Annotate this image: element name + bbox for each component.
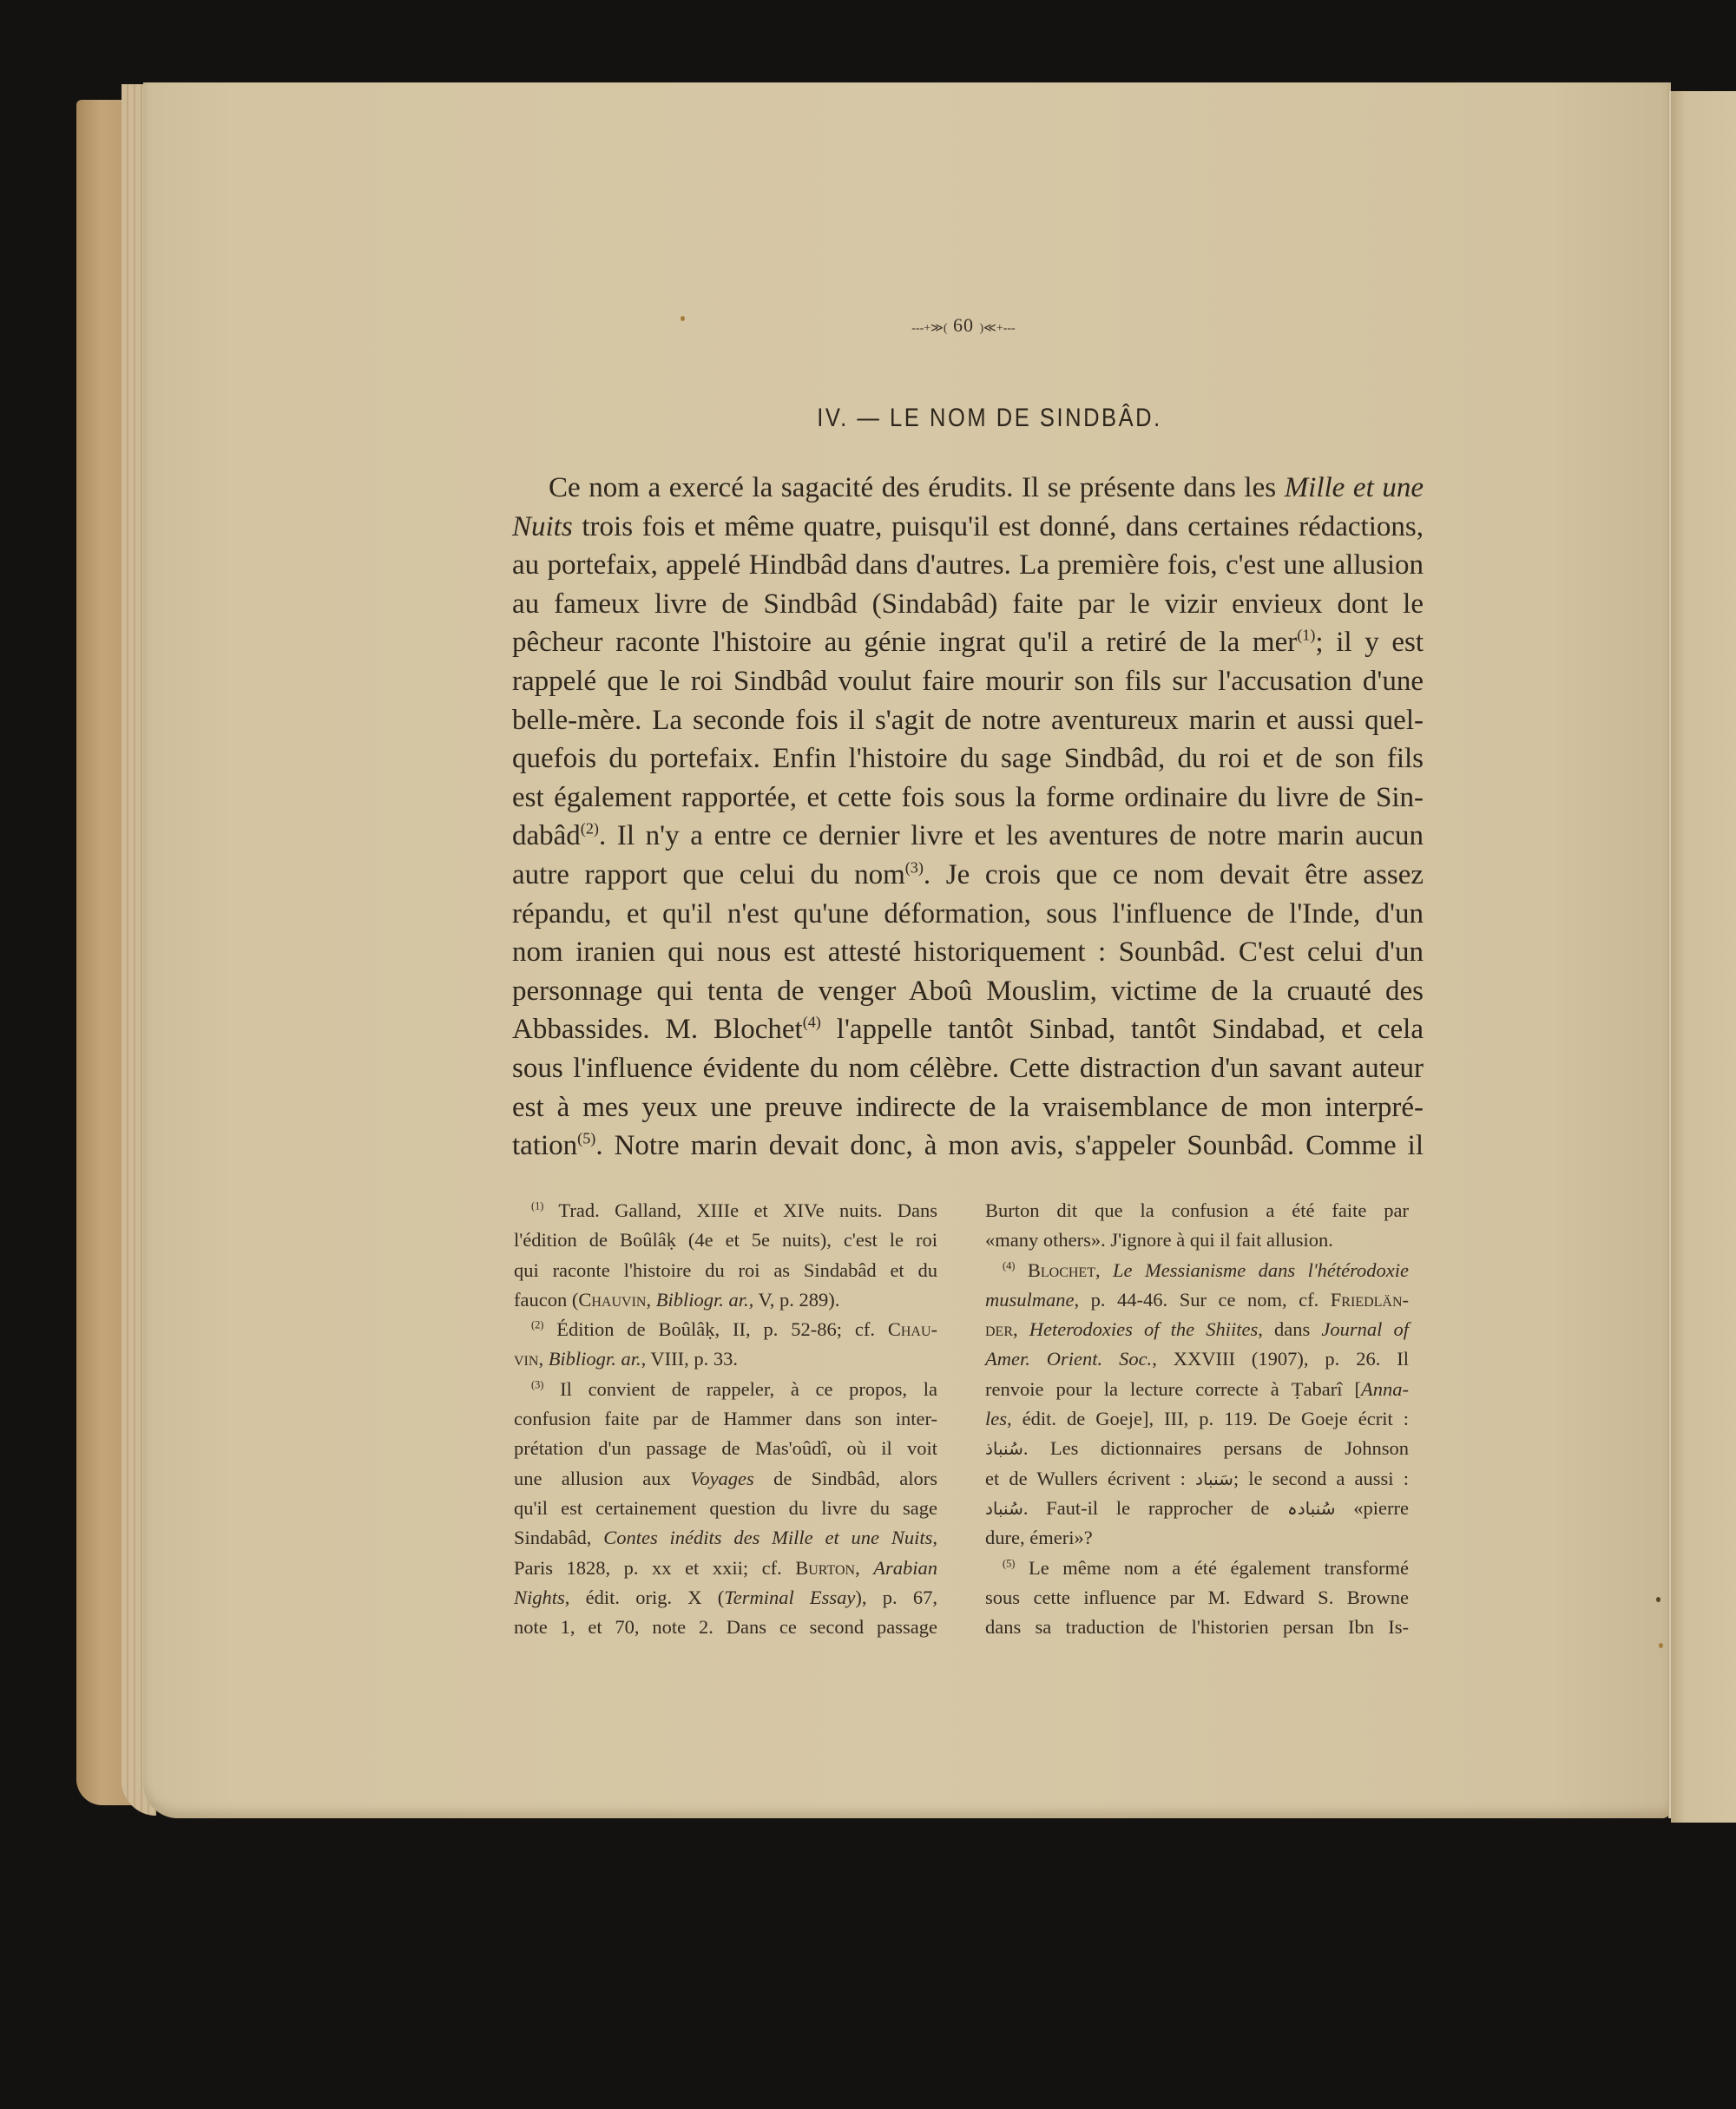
text-line: personnage qui tenta de venger Aboû Mous… — [512, 972, 1424, 1011]
page-number: 60 — [953, 314, 974, 336]
footnote-line: sous cette influence par M. Edward S. Br… — [985, 1583, 1409, 1613]
body-paragraph: Ce nom a exercé la sagacité des érudits.… — [512, 469, 1424, 1166]
footnote-line: l'édition de Boûlâḳ (4e et 5e nuits), c'… — [514, 1225, 937, 1255]
footnote-line: les, édit. de Goeje], III, p. 119. De Go… — [985, 1404, 1409, 1434]
text-line: est également rapportée, et cette fois s… — [512, 779, 1424, 818]
footnotes-left-column: (1) Trad. Galland, XIIIe et XIVe nuits. … — [514, 1196, 937, 1642]
footnote-4: (4) Blochet, Le Messianisme dans l'hétér… — [985, 1256, 1409, 1285]
text-line: rappelé que le roi Sindbâd voulut faire … — [512, 662, 1424, 701]
footnote-line: prétation d'un passage de Mas'oûdî, où i… — [514, 1434, 937, 1463]
footnote-line: musulmane, p. 44-46. Sur ce nom, cf. Fri… — [985, 1285, 1409, 1315]
text-line: Nuits trois fois et même quatre, puisqu'… — [512, 508, 1424, 547]
text-line: belle-mère. La seconde fois il s'agit de… — [512, 701, 1424, 740]
footnote-line: une allusion aux Voyages de Sindbâd, alo… — [514, 1464, 937, 1494]
footnotes-right-column: Burton dit que la confusion a été faite … — [985, 1196, 1409, 1642]
footnote-ref: (1) — [1297, 627, 1315, 644]
footnote-ref: (2) — [581, 820, 599, 838]
footnote-line: سُنباد. Faut-il le rapprocher de سُنبادہ… — [985, 1494, 1409, 1523]
footnote-line: confusion faite par de Hammer dans son i… — [514, 1404, 937, 1434]
footnote-line: dure, émeri»? — [985, 1523, 1409, 1553]
text-line: dabâd(2). Il n'y a entre ce dernier livr… — [512, 817, 1424, 856]
text-line: est à mes yeux une preuve indirecte de l… — [512, 1088, 1424, 1127]
arabic-word: سَنباد — [1195, 1468, 1233, 1489]
text-line: tation(5). Notre marin devait donc, à mo… — [512, 1127, 1424, 1166]
paper-stain — [1656, 1597, 1660, 1602]
footnote-line: qui raconte l'histoire du roi as Sindabâ… — [514, 1256, 937, 1285]
footnote-line: سُنباذ. Les dictionnaires persans de Joh… — [985, 1434, 1409, 1463]
footnote-line: «many others». J'ignore à qui il fait al… — [985, 1225, 1409, 1255]
footnote-ref: (4) — [803, 1014, 821, 1031]
footnote-line: et de Wullers écrivent : سَنباد; le seco… — [985, 1464, 1409, 1494]
page-header: ---+≫( 60 )≪+--- — [868, 314, 1059, 337]
footnote-line: Amer. Orient. Soc., XXVIII (1907), p. 26… — [985, 1344, 1409, 1374]
text-line: nom iranien qui nous est attesté histori… — [512, 933, 1424, 972]
footnote-line: Nights, édit. orig. X (Terminal Essay), … — [514, 1583, 937, 1613]
header-ornament-left: ---+≫( — [911, 322, 947, 335]
footnote-line: Burton dit que la confusion a été faite … — [985, 1196, 1409, 1225]
footnote-3: (3) Il convient de rappeler, à ce propos… — [514, 1375, 937, 1404]
footnote-5: (5) Le même nom a été également transfor… — [985, 1554, 1409, 1583]
text-line: répandu, et qu'il n'est qu'une déformati… — [512, 895, 1424, 934]
text-line: Ce nom a exercé la sagacité des érudits.… — [512, 469, 1424, 508]
footnote-line: vin, Bibliogr. ar., VIII, p. 33. — [514, 1344, 937, 1374]
arabic-word: سُنبادہ — [1287, 1498, 1336, 1519]
facing-page-edge — [1671, 91, 1736, 1823]
footnote-line: renvoie pour la lecture correcte à Ṭabar… — [985, 1375, 1409, 1404]
footnote-line: note 1, et 70, note 2. Dans ce second pa… — [514, 1613, 937, 1642]
text-line: au portefaix, appelé Hindbâd dans d'autr… — [512, 546, 1424, 585]
text-line: autre rapport que celui du nom(3). Je cr… — [512, 856, 1424, 895]
footnote-line: faucon (Chauvin, Bibliogr. ar., V, p. 28… — [514, 1285, 937, 1315]
book-gutter — [1668, 91, 1672, 1818]
arabic-word: سُنباذ — [985, 1438, 1023, 1459]
text-line: quefois du portefaix. Enfin l'histoire d… — [512, 739, 1424, 779]
chapter-title: IV. — LE NOM DE SINDBÂD. — [621, 404, 1358, 433]
footnote-line: qu'il est certainement question du livre… — [514, 1494, 937, 1523]
footnote-2: (2) Édition de Boûlâḳ, II, p. 52-86; cf.… — [514, 1315, 937, 1344]
footnote-ref: (3) — [905, 858, 924, 876]
text-line: sous l'influence évidente du nom célèbre… — [512, 1049, 1424, 1088]
text-line: Abbassides. M. Blochet(4) l'appelle tant… — [512, 1010, 1424, 1049]
footnote-1: (1) Trad. Galland, XIIIe et XIVe nuits. … — [514, 1196, 937, 1225]
arabic-word: سُنباد — [985, 1498, 1023, 1519]
text-line: pêcheur raconte l'histoire au génie ingr… — [512, 623, 1424, 662]
paper-stain — [1659, 1643, 1663, 1648]
footnote-line: dans sa traduction de l'historien persan… — [985, 1613, 1409, 1642]
footnote-line: Sindabâd, Contes inédits des Mille et un… — [514, 1523, 937, 1553]
text-line: au fameux livre de Sindbâd (Sindabâd) fa… — [512, 585, 1424, 624]
footnote-ref: (5) — [577, 1129, 595, 1146]
paper-stain — [681, 316, 685, 321]
footnote-line: der, Heterodoxies of the Shiites, dans J… — [985, 1315, 1409, 1344]
footnote-line: Paris 1828, p. xx et xxii; cf. Burton, A… — [514, 1554, 937, 1583]
header-ornament-right: )≪+--- — [980, 322, 1016, 335]
